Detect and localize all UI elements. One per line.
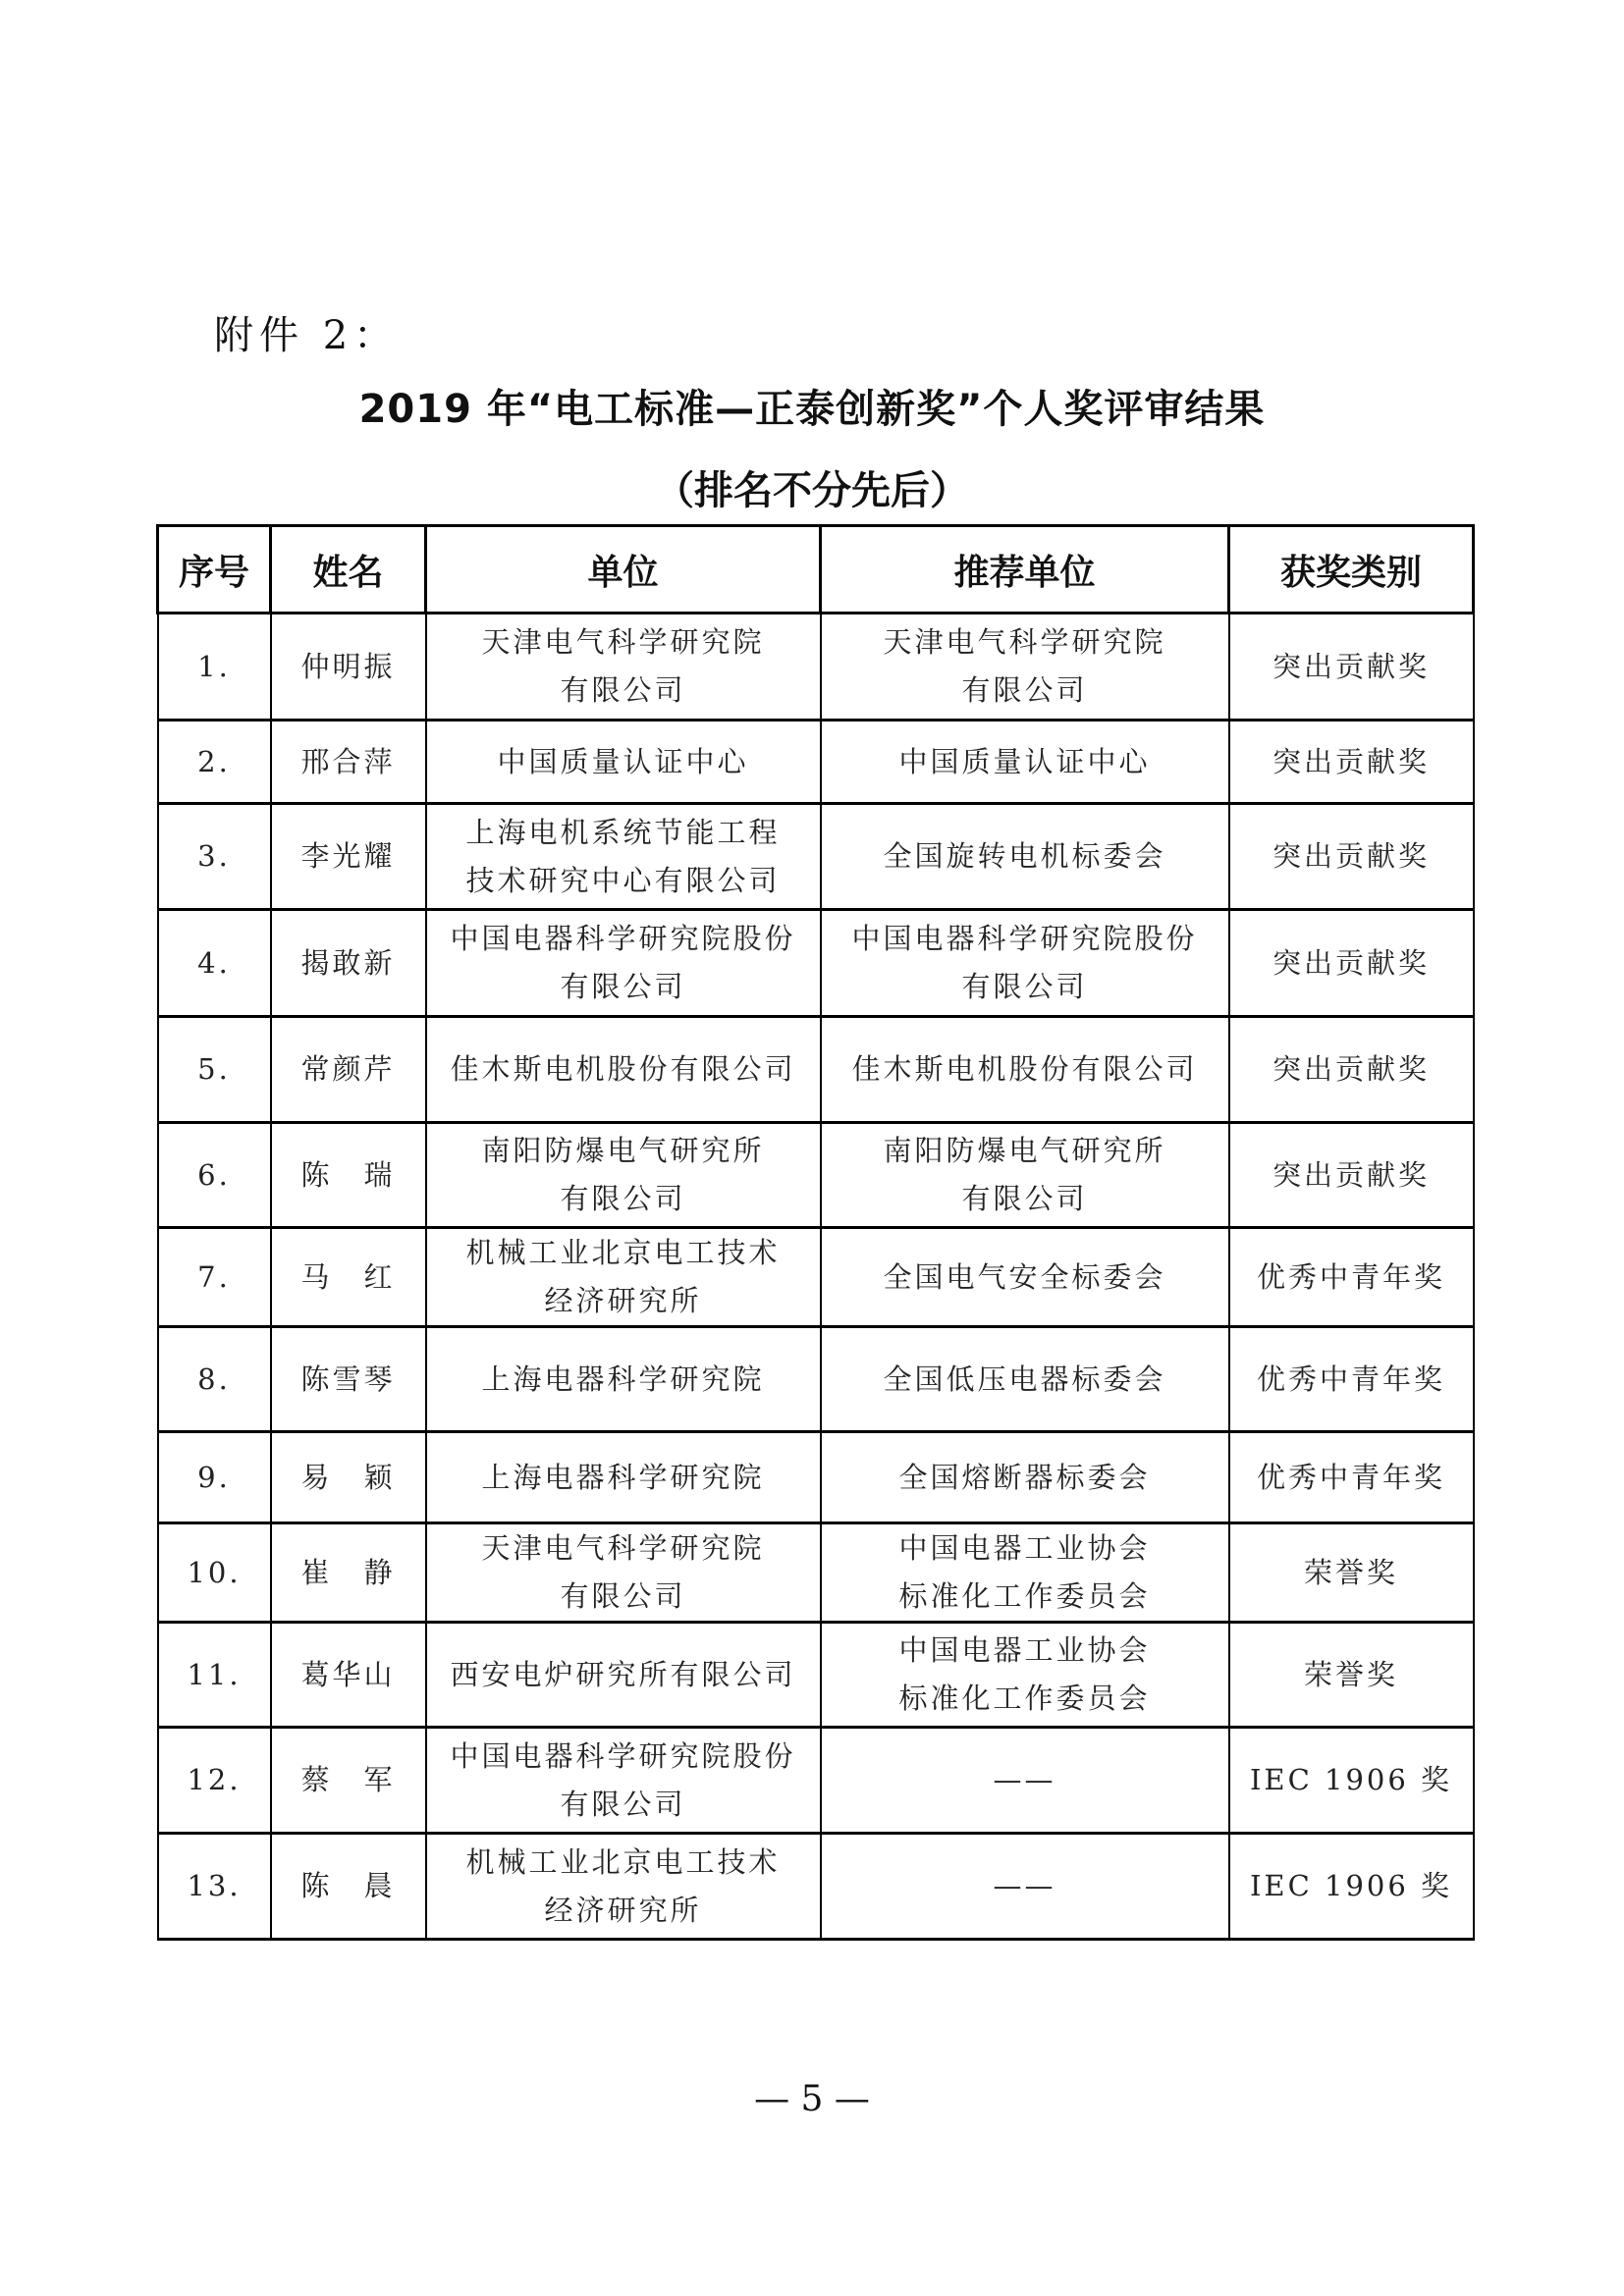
cell-name: 崔 静 bbox=[271, 1523, 426, 1623]
cell-name-line: 揭敢新 bbox=[272, 939, 425, 988]
cell-award: 突出贡献奖 bbox=[1229, 804, 1474, 910]
cell-recommender: 南阳防爆电气研究所有限公司 bbox=[821, 1123, 1229, 1228]
header-unit: 单位 bbox=[426, 526, 821, 614]
cell-name-line: 陈 晨 bbox=[272, 1862, 425, 1910]
cell-no-line: 4. bbox=[159, 939, 270, 988]
header-name: 姓名 bbox=[271, 526, 426, 614]
cell-unit-line: 经济研究所 bbox=[427, 1887, 820, 1935]
cell-recommender: 全国熔断器标委会 bbox=[821, 1432, 1229, 1523]
cell-award-line: 突出贡献奖 bbox=[1230, 643, 1473, 691]
cell-unit-line: 有限公司 bbox=[427, 667, 820, 715]
cell-recommender-line: 全国电气安全标委会 bbox=[822, 1254, 1228, 1302]
cell-name-line: 陈雪琴 bbox=[272, 1356, 425, 1404]
cell-no: 4. bbox=[158, 910, 271, 1017]
cell-unit-line: 中国质量认证中心 bbox=[427, 738, 820, 786]
cell-name-line: 易 颖 bbox=[272, 1454, 425, 1502]
page-number: — 5 — bbox=[0, 2079, 1624, 2119]
cell-name-line: 常颜芹 bbox=[272, 1045, 425, 1094]
table-row: 12.蔡 军中国电器科学研究院股份有限公司——IEC 1906 奖 bbox=[158, 1728, 1474, 1834]
cell-name-line: 邢合萍 bbox=[272, 738, 425, 786]
cell-recommender: 中国质量认证中心 bbox=[821, 721, 1229, 804]
cell-unit: 天津电气科学研究院有限公司 bbox=[426, 1523, 821, 1623]
table-row: 7.马 红机械工业北京电工技术经济研究所全国电气安全标委会优秀中青年奖 bbox=[158, 1228, 1474, 1327]
cell-unit-line: 天津电气科学研究院 bbox=[427, 1524, 820, 1573]
cell-no: 3. bbox=[158, 804, 271, 910]
cell-name: 邢合萍 bbox=[271, 721, 426, 804]
table-row: 2.邢合萍中国质量认证中心中国质量认证中心突出贡献奖 bbox=[158, 721, 1474, 804]
cell-name: 蔡 军 bbox=[271, 1728, 426, 1834]
table-row: 8.陈雪琴上海电器科学研究院全国低压电器标委会优秀中青年奖 bbox=[158, 1327, 1474, 1432]
cell-recommender: —— bbox=[821, 1728, 1229, 1834]
cell-no: 13. bbox=[158, 1834, 271, 1940]
cell-name: 揭敢新 bbox=[271, 910, 426, 1017]
cell-award: 优秀中青年奖 bbox=[1229, 1327, 1474, 1432]
cell-no-line: 10. bbox=[159, 1549, 270, 1597]
cell-no: 10. bbox=[158, 1523, 271, 1623]
header-no: 序号 bbox=[158, 526, 271, 614]
cell-no-line: 5. bbox=[159, 1045, 270, 1094]
cell-award-line: 突出贡献奖 bbox=[1230, 939, 1473, 988]
document-subtitle: （排名不分先后） bbox=[0, 459, 1624, 515]
cell-no: 5. bbox=[158, 1017, 271, 1123]
cell-unit: 机械工业北京电工技术经济研究所 bbox=[426, 1228, 821, 1327]
cell-recommender-line: 中国质量认证中心 bbox=[822, 738, 1228, 786]
cell-unit-line: 中国电器科学研究院股份 bbox=[427, 915, 820, 963]
cell-recommender-line: —— bbox=[822, 1756, 1228, 1804]
cell-award: 突出贡献奖 bbox=[1229, 614, 1474, 721]
cell-name-line: 马 红 bbox=[272, 1254, 425, 1302]
cell-no: 12. bbox=[158, 1728, 271, 1834]
cell-unit-line: 南阳防爆电气研究所 bbox=[427, 1127, 820, 1175]
cell-award: 荣誉奖 bbox=[1229, 1623, 1474, 1728]
table-row: 4.揭敢新中国电器科学研究院股份有限公司中国电器科学研究院股份有限公司突出贡献奖 bbox=[158, 910, 1474, 1017]
cell-award-line: IEC 1906 奖 bbox=[1230, 1756, 1473, 1804]
cell-recommender: 中国电器工业协会标准化工作委员会 bbox=[821, 1523, 1229, 1623]
cell-unit: 中国电器科学研究院股份有限公司 bbox=[426, 910, 821, 1017]
cell-no-line: 8. bbox=[159, 1356, 270, 1404]
cell-unit-line: 中国电器科学研究院股份 bbox=[427, 1733, 820, 1781]
cell-award: 突出贡献奖 bbox=[1229, 910, 1474, 1017]
cell-unit-line: 有限公司 bbox=[427, 1781, 820, 1829]
cell-recommender-line: 中国电器科学研究院股份 bbox=[822, 915, 1228, 963]
cell-award: IEC 1906 奖 bbox=[1229, 1834, 1474, 1940]
cell-award-line: 优秀中青年奖 bbox=[1230, 1454, 1473, 1502]
cell-unit: 上海电器科学研究院 bbox=[426, 1327, 821, 1432]
cell-unit-line: 佳木斯电机股份有限公司 bbox=[427, 1045, 820, 1094]
results-table: 序号 姓名 单位 推荐单位 获奖类别 1.仲明振天津电气科学研究院有限公司天津电… bbox=[156, 524, 1475, 1941]
cell-no: 11. bbox=[158, 1623, 271, 1728]
cell-unit-line: 机械工业北京电工技术 bbox=[427, 1839, 820, 1887]
cell-recommender-line: 标准化工作委员会 bbox=[822, 1675, 1228, 1723]
cell-name: 易 颖 bbox=[271, 1432, 426, 1523]
cell-name-line: 陈 瑞 bbox=[272, 1151, 425, 1200]
cell-no-line: 6. bbox=[159, 1151, 270, 1200]
cell-award-line: 突出贡献奖 bbox=[1230, 832, 1473, 881]
cell-award: 优秀中青年奖 bbox=[1229, 1432, 1474, 1523]
cell-name-line: 仲明振 bbox=[272, 643, 425, 691]
cell-unit-line: 技术研究中心有限公司 bbox=[427, 857, 820, 905]
cell-award: 突出贡献奖 bbox=[1229, 1123, 1474, 1228]
cell-no: 8. bbox=[158, 1327, 271, 1432]
cell-award-line: IEC 1906 奖 bbox=[1230, 1862, 1473, 1910]
cell-award-line: 突出贡献奖 bbox=[1230, 1045, 1473, 1094]
cell-name-line: 崔 静 bbox=[272, 1549, 425, 1597]
cell-unit-line: 西安电炉研究所有限公司 bbox=[427, 1651, 820, 1699]
cell-unit-line: 有限公司 bbox=[427, 1573, 820, 1621]
cell-recommender: 全国旋转电机标委会 bbox=[821, 804, 1229, 910]
cell-recommender-line: 有限公司 bbox=[822, 667, 1228, 715]
table-row: 6.陈 瑞南阳防爆电气研究所有限公司南阳防爆电气研究所有限公司突出贡献奖 bbox=[158, 1123, 1474, 1228]
cell-recommender: 全国低压电器标委会 bbox=[821, 1327, 1229, 1432]
cell-unit-line: 有限公司 bbox=[427, 963, 820, 1011]
cell-no-line: 2. bbox=[159, 738, 270, 786]
cell-unit-line: 上海电器科学研究院 bbox=[427, 1356, 820, 1404]
cell-name-line: 葛华山 bbox=[272, 1651, 425, 1699]
cell-no-line: 7. bbox=[159, 1254, 270, 1302]
cell-unit: 机械工业北京电工技术经济研究所 bbox=[426, 1834, 821, 1940]
cell-award-line: 优秀中青年奖 bbox=[1230, 1254, 1473, 1302]
cell-unit-line: 上海电器科学研究院 bbox=[427, 1454, 820, 1502]
table-header-row: 序号 姓名 单位 推荐单位 获奖类别 bbox=[158, 526, 1474, 614]
header-recommender: 推荐单位 bbox=[821, 526, 1229, 614]
cell-recommender: 天津电气科学研究院有限公司 bbox=[821, 614, 1229, 721]
cell-no-line: 1. bbox=[159, 643, 270, 691]
cell-no: 2. bbox=[158, 721, 271, 804]
table-row: 13.陈 晨机械工业北京电工技术经济研究所——IEC 1906 奖 bbox=[158, 1834, 1474, 1940]
cell-name: 李光耀 bbox=[271, 804, 426, 910]
cell-award-line: 荣誉奖 bbox=[1230, 1549, 1473, 1597]
cell-no-line: 9. bbox=[159, 1454, 270, 1502]
cell-unit: 南阳防爆电气研究所有限公司 bbox=[426, 1123, 821, 1228]
cell-unit-line: 机械工业北京电工技术 bbox=[427, 1229, 820, 1277]
cell-recommender-line: 全国低压电器标委会 bbox=[822, 1356, 1228, 1404]
cell-recommender: 佳木斯电机股份有限公司 bbox=[821, 1017, 1229, 1123]
cell-recommender-line: —— bbox=[822, 1862, 1228, 1910]
cell-recommender-line: 全国熔断器标委会 bbox=[822, 1454, 1228, 1502]
cell-award: 突出贡献奖 bbox=[1229, 721, 1474, 804]
table-row: 11.葛华山西安电炉研究所有限公司中国电器工业协会标准化工作委员会荣誉奖 bbox=[158, 1623, 1474, 1728]
cell-no-line: 11. bbox=[159, 1651, 270, 1699]
table-row: 10.崔 静天津电气科学研究院有限公司中国电器工业协会标准化工作委员会荣誉奖 bbox=[158, 1523, 1474, 1623]
cell-no-line: 3. bbox=[159, 832, 270, 881]
cell-name: 陈 晨 bbox=[271, 1834, 426, 1940]
cell-no: 6. bbox=[158, 1123, 271, 1228]
cell-award: 荣誉奖 bbox=[1229, 1523, 1474, 1623]
cell-recommender-line: 天津电气科学研究院 bbox=[822, 618, 1228, 667]
table-row: 5.常颜芹佳木斯电机股份有限公司佳木斯电机股份有限公司突出贡献奖 bbox=[158, 1017, 1474, 1123]
cell-name-line: 李光耀 bbox=[272, 832, 425, 881]
cell-no-line: 13. bbox=[159, 1862, 270, 1910]
cell-unit-line: 天津电气科学研究院 bbox=[427, 618, 820, 667]
cell-recommender-line: 全国旋转电机标委会 bbox=[822, 832, 1228, 881]
table-row: 1.仲明振天津电气科学研究院有限公司天津电气科学研究院有限公司突出贡献奖 bbox=[158, 614, 1474, 721]
cell-no: 7. bbox=[158, 1228, 271, 1327]
cell-recommender-line: 中国电器工业协会 bbox=[822, 1524, 1228, 1573]
cell-recommender: 中国电器科学研究院股份有限公司 bbox=[821, 910, 1229, 1017]
attachment-label: 附件 2： bbox=[214, 304, 399, 360]
cell-unit: 上海电机系统节能工程技术研究中心有限公司 bbox=[426, 804, 821, 910]
cell-unit: 佳木斯电机股份有限公司 bbox=[426, 1017, 821, 1123]
cell-recommender: 全国电气安全标委会 bbox=[821, 1228, 1229, 1327]
cell-name: 陈 瑞 bbox=[271, 1123, 426, 1228]
cell-unit: 中国电器科学研究院股份有限公司 bbox=[426, 1728, 821, 1834]
cell-unit: 西安电炉研究所有限公司 bbox=[426, 1623, 821, 1728]
cell-award-line: 荣誉奖 bbox=[1230, 1651, 1473, 1699]
cell-name: 常颜芹 bbox=[271, 1017, 426, 1123]
cell-recommender: 中国电器工业协会标准化工作委员会 bbox=[821, 1623, 1229, 1728]
cell-unit: 中国质量认证中心 bbox=[426, 721, 821, 804]
cell-recommender-line: 有限公司 bbox=[822, 1175, 1228, 1223]
cell-award-line: 突出贡献奖 bbox=[1230, 738, 1473, 786]
cell-no: 9. bbox=[158, 1432, 271, 1523]
cell-award: 突出贡献奖 bbox=[1229, 1017, 1474, 1123]
cell-award-line: 优秀中青年奖 bbox=[1230, 1356, 1473, 1404]
cell-unit-line: 经济研究所 bbox=[427, 1277, 820, 1325]
cell-recommender-line: 中国电器工业协会 bbox=[822, 1627, 1228, 1675]
header-award: 获奖类别 bbox=[1229, 526, 1474, 614]
cell-award-line: 突出贡献奖 bbox=[1230, 1151, 1473, 1200]
cell-name-line: 蔡 军 bbox=[272, 1756, 425, 1804]
cell-name: 葛华山 bbox=[271, 1623, 426, 1728]
cell-recommender-line: 南阳防爆电气研究所 bbox=[822, 1127, 1228, 1175]
table-row: 3.李光耀上海电机系统节能工程技术研究中心有限公司全国旋转电机标委会突出贡献奖 bbox=[158, 804, 1474, 910]
cell-award: IEC 1906 奖 bbox=[1229, 1728, 1474, 1834]
cell-award: 优秀中青年奖 bbox=[1229, 1228, 1474, 1327]
document-title: 2019 年“电工标准—正泰创新奖”个人奖评审结果 bbox=[0, 378, 1624, 434]
cell-unit: 上海电器科学研究院 bbox=[426, 1432, 821, 1523]
cell-recommender-line: 有限公司 bbox=[822, 963, 1228, 1011]
cell-name: 马 红 bbox=[271, 1228, 426, 1327]
cell-unit-line: 有限公司 bbox=[427, 1175, 820, 1223]
cell-no-line: 12. bbox=[159, 1756, 270, 1804]
cell-unit: 天津电气科学研究院有限公司 bbox=[426, 614, 821, 721]
cell-name: 陈雪琴 bbox=[271, 1327, 426, 1432]
cell-no: 1. bbox=[158, 614, 271, 721]
cell-recommender: —— bbox=[821, 1834, 1229, 1940]
cell-recommender-line: 标准化工作委员会 bbox=[822, 1573, 1228, 1621]
cell-name: 仲明振 bbox=[271, 614, 426, 721]
cell-recommender-line: 佳木斯电机股份有限公司 bbox=[822, 1045, 1228, 1094]
table-row: 9.易 颖上海电器科学研究院全国熔断器标委会优秀中青年奖 bbox=[158, 1432, 1474, 1523]
cell-unit-line: 上海电机系统节能工程 bbox=[427, 809, 820, 857]
